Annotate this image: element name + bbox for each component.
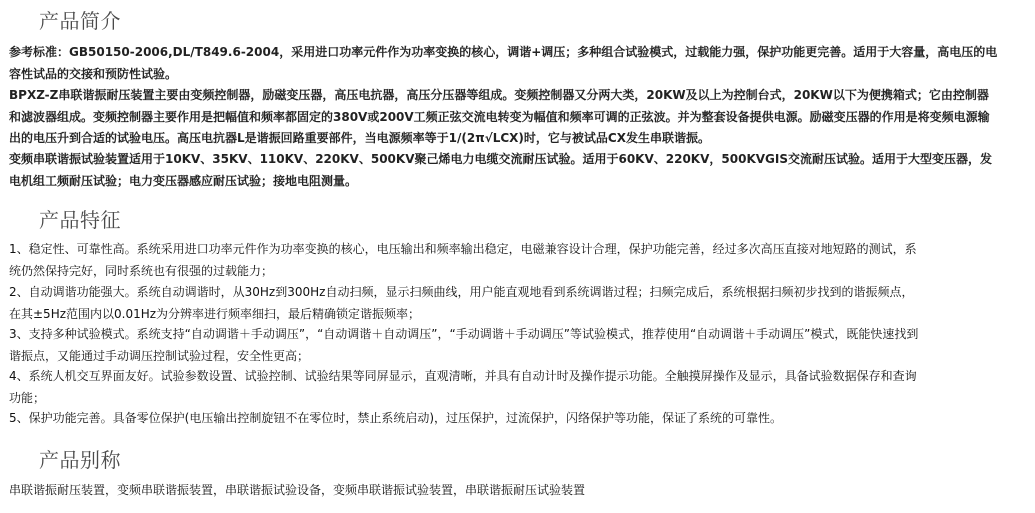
section-title-features: 产品特征	[39, 208, 121, 232]
feature-item-5: 5、保护功能完善。具备零位保护(电压输出控制旋钮不在零位时，禁止系统启动)，过压…	[9, 408, 924, 430]
intro-paragraph-applications: 变频串联谐振试验装置适用于10KV、35KV、110KV、220KV、500KV…	[9, 149, 999, 192]
intro-paragraph-components: BPXZ-Z串联谐振耐压装置主要由变频控制器，励磁变压器，高压电抗器，高压分压器…	[9, 85, 999, 150]
feature-item-4: 4、系统人机交互界面友好。试验参数设置、试验控制、试验结果等同屏显示，直观清晰，…	[9, 366, 924, 409]
section-title-aliases: 产品别称	[39, 448, 121, 472]
section-title-intro: 产品简介	[39, 9, 121, 33]
intro-paragraph-standards: 参考标准：GB50150-2006,DL/T849.6-2004，采用进口功率元…	[9, 42, 999, 85]
feature-item-3: 3、支持多种试验模式。系统支持“自动调谐＋手动调压”，“自动调谐＋自动调压”，“…	[9, 324, 924, 367]
aliases-text: 串联谐振耐压装置，变频串联谐振装置，串联谐振试验设备，变频串联谐振试验装置，串联…	[9, 481, 585, 499]
feature-item-1: 1、稳定性、可靠性高。系统采用进口功率元件作为功率变换的核心，电压输出和频率输出…	[9, 239, 924, 282]
feature-item-2: 2、自动调谐功能强大。系统自动调谐时，从30Hz到300Hz自动扫频，显示扫频曲…	[9, 282, 924, 325]
